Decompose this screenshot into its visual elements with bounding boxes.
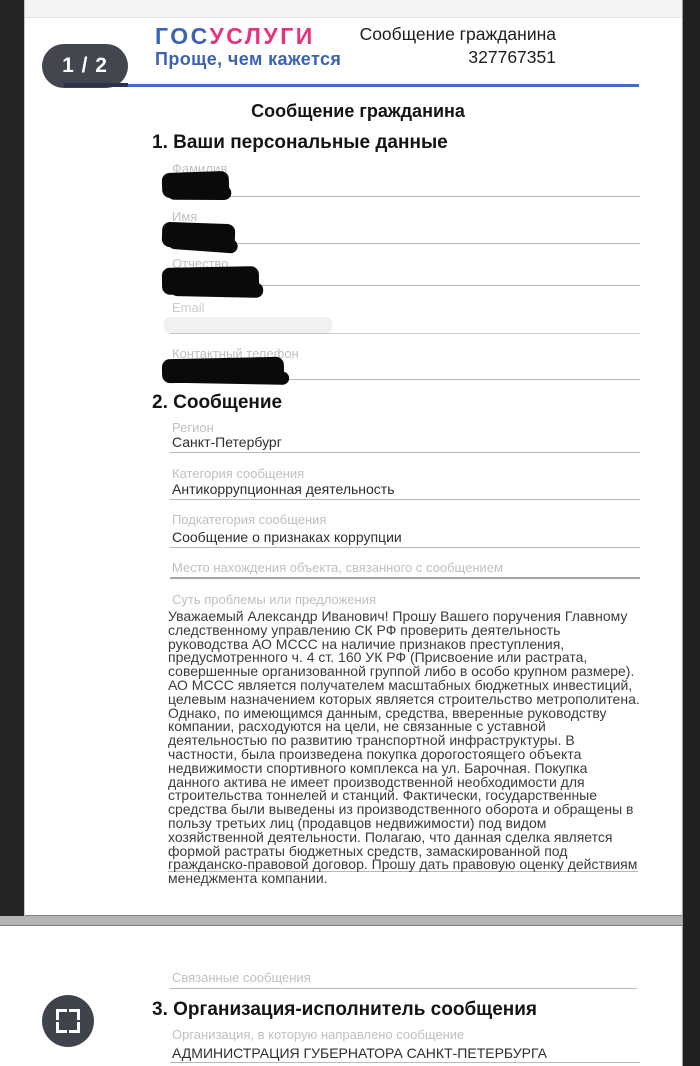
message-body-text: Уважаемый Александр Иванович! Прошу Ваше… [168, 610, 642, 886]
field-label-problem-essence: Суть проблемы или предложения [172, 592, 376, 607]
field-value-region: Санкт-Петербург [172, 434, 282, 450]
page-break-divider [0, 915, 700, 926]
gosuslugi-logo: ГОСУСЛУГИ [155, 23, 315, 50]
logo-part-gos: ГОС [155, 23, 209, 49]
pdf-viewer[interactable]: 1 / 2 ГОСУСЛУГИ Проще, чем кажется Сообщ… [0, 0, 700, 1066]
field-value-organization: АДМИНИСТРАЦИЯ ГУБЕРНАТОРА САНКТ-ПЕТЕРБУР… [172, 1045, 547, 1061]
field-underline [170, 547, 640, 548]
field-underline [170, 452, 640, 453]
logo-part-uslugi: УСЛУГИ [209, 23, 314, 49]
page-indicator-badge: 1 / 2 [42, 44, 128, 88]
field-label-category: Категория сообщения [172, 466, 304, 481]
field-label-related-messages: Связанные сообщения [172, 970, 311, 985]
field-label-object-location: Место нахождения объекта, связанного с с… [172, 560, 503, 575]
document-title: Сообщение гражданина [131, 101, 585, 122]
redaction-mark-patronymic [162, 266, 259, 295]
field-underline [170, 243, 640, 244]
redaction-mark-email [164, 317, 332, 334]
field-value-category: Антикоррупционная деятельность [172, 481, 395, 497]
field-underline [170, 577, 640, 579]
redaction-mark-phone [162, 357, 284, 384]
field-label-email: Email [172, 300, 205, 315]
field-underline [170, 1062, 640, 1063]
document-header-info: Сообщение гражданина 327767351 [300, 23, 556, 69]
field-value-subcategory: Сообщение о признаках коррупции [172, 529, 402, 545]
redaction-mark-firstname [162, 222, 236, 250]
field-label-subcategory: Подкатегория сообщения [172, 512, 326, 527]
document-number: 327767351 [300, 46, 556, 69]
page-top-edge [24, 0, 683, 18]
field-underline [170, 988, 637, 989]
section-personal-heading: 1. Ваши персональные данные [152, 132, 448, 154]
section-executor-heading: 3. Организация-исполнитель сообщения [152, 999, 537, 1021]
field-underline [170, 499, 640, 500]
page-indicator-label: 1 / 2 [62, 54, 108, 78]
fullscreen-icon [56, 1009, 80, 1033]
document-type: Сообщение гражданина [300, 23, 556, 46]
header-rule-dark-segment [64, 83, 128, 87]
field-underline [170, 196, 640, 197]
viewer-right-margin [682, 0, 700, 1066]
viewer-left-margin [0, 0, 25, 916]
fullscreen-button[interactable] [42, 995, 94, 1047]
field-label-region: Регион [172, 420, 214, 435]
section-message-heading: 2. Сообщение [152, 392, 282, 414]
header-rule-blue [128, 84, 639, 87]
redaction-mark-surname [162, 171, 230, 198]
field-label-organization: Организация, в которую направлено сообще… [172, 1027, 464, 1042]
